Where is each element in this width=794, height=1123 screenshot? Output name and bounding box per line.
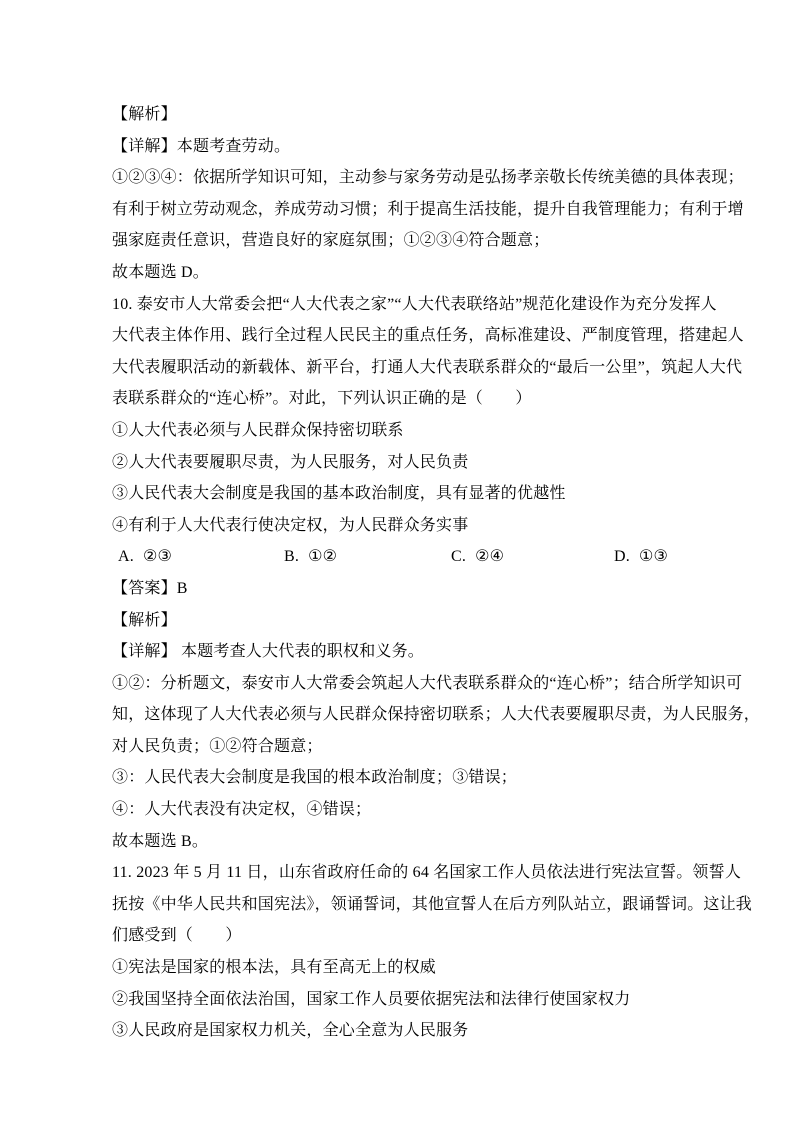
q9-analysis-line: ①②③④：依据所学知识可知，主动参与家务劳动是弘扬孝亲敬长传统美德的具体表现；	[112, 162, 698, 194]
q10-analysis-line: 对人民负责；①②符合题意；	[112, 731, 698, 763]
option-b: B.①②	[284, 541, 337, 573]
option-d-value: ①③	[639, 548, 668, 565]
q10-choice-3: ③人民代表大会制度是我国的基本政治制度，具有显著的优越性	[112, 478, 698, 510]
option-a: A.②③	[118, 541, 172, 573]
document-page: 【解析】 【详解】本题考查劳动。 ①②③④：依据所学知识可知，主动参与家务劳动是…	[0, 0, 794, 1123]
q11-stem-line: 抚按《中华人民共和国宪法》，领诵誓词，其他宣誓人在后方列队站立，跟诵誓词。这让我	[112, 889, 698, 921]
q10-stem-line: 10. 泰安市人大常委会把“人大代表之家”“人大代表联络站”规范化建设作为充分发…	[112, 289, 698, 321]
q11-choice-1: ①宪法是国家的根本法，具有至高无上的权威	[112, 952, 698, 984]
q10-answer: 【答案】B	[112, 573, 698, 605]
q9-analysis-line: 强家庭责任意识，营造良好的家庭氛围；①②③④符合题意；	[112, 225, 698, 257]
document-content: 【解析】 【详解】本题考查劳动。 ①②③④：依据所学知识可知，主动参与家务劳动是…	[112, 99, 698, 1047]
q10-analysis-line: ④：人大代表没有决定权，④错误；	[112, 794, 698, 826]
option-d: D.①③	[614, 541, 668, 573]
q10-choice-1: ①人大代表必须与人民群众保持密切联系	[112, 415, 698, 447]
q9-analysis-line: 【详解】本题考查劳动。	[112, 131, 698, 163]
option-c-value: ②④	[475, 548, 504, 565]
q10-analysis-line: 知，这体现了人大代表必须与人民群众保持密切联系；人大代表要履职尽责，为人民服务，	[112, 699, 698, 731]
q11-choice-3: ③人民政府是国家权力机关，全心全意为人民服务	[112, 1015, 698, 1047]
q10-conclusion: 故本题选 B。	[112, 826, 698, 858]
q10-choice-2: ②人大代表要履职尽责，为人民服务，对人民负责	[112, 447, 698, 479]
q10-stem-line: 表联系群众的“连心桥”。对此，下列认识正确的是（ ）	[112, 383, 698, 415]
q10-analysis-label: 【解析】	[112, 605, 698, 637]
q11-stem-line: 11. 2023 年 5 月 11 日，山东省政府任命的 64 名国家工作人员依…	[112, 857, 698, 889]
option-b-value: ①②	[308, 548, 337, 565]
q10-options-row: A.②③ B.①② C.②④ D.①③	[112, 541, 698, 573]
q11-choice-2: ②我国坚持全面依法治国，国家工作人员要依据宪法和法律行使国家权力	[112, 984, 698, 1016]
q10-analysis-line: 【详解】 本题考查人大代表的职权和义务。	[112, 636, 698, 668]
option-a-label: A.	[118, 548, 134, 565]
q10-stem-line: 大代表履职活动的新载体、新平台，打通人大代表联系群众的“最后一公里”，筑起人大代	[112, 352, 698, 384]
option-c: C.②④	[451, 541, 504, 573]
q10-choice-4: ④有利于人大代表行使决定权，为人民群众务实事	[112, 510, 698, 542]
option-b-label: B.	[284, 548, 299, 565]
q10-analysis-line: ①②：分析题文，泰安市人大常委会筑起人大代表联系群众的“连心桥”；结合所学知识可	[112, 668, 698, 700]
q11-stem-line: 们感受到（ ）	[112, 920, 698, 952]
q9-conclusion: 故本题选 D。	[112, 257, 698, 289]
option-a-value: ②③	[143, 548, 172, 565]
q9-analysis-label: 【解析】	[112, 99, 698, 131]
option-c-label: C.	[451, 548, 466, 565]
q10-analysis-line: ③：人民代表大会制度是我国的根本政治制度；③错误；	[112, 762, 698, 794]
option-d-label: D.	[614, 548, 630, 565]
q9-analysis-line: 有利于树立劳动观念，养成劳动习惯；利于提高生活技能，提升自我管理能力；有利于增	[112, 194, 698, 226]
q10-stem-line: 大代表主体作用、践行全过程人民民主的重点任务，高标准建设、严制度管理，搭建起人	[112, 320, 698, 352]
